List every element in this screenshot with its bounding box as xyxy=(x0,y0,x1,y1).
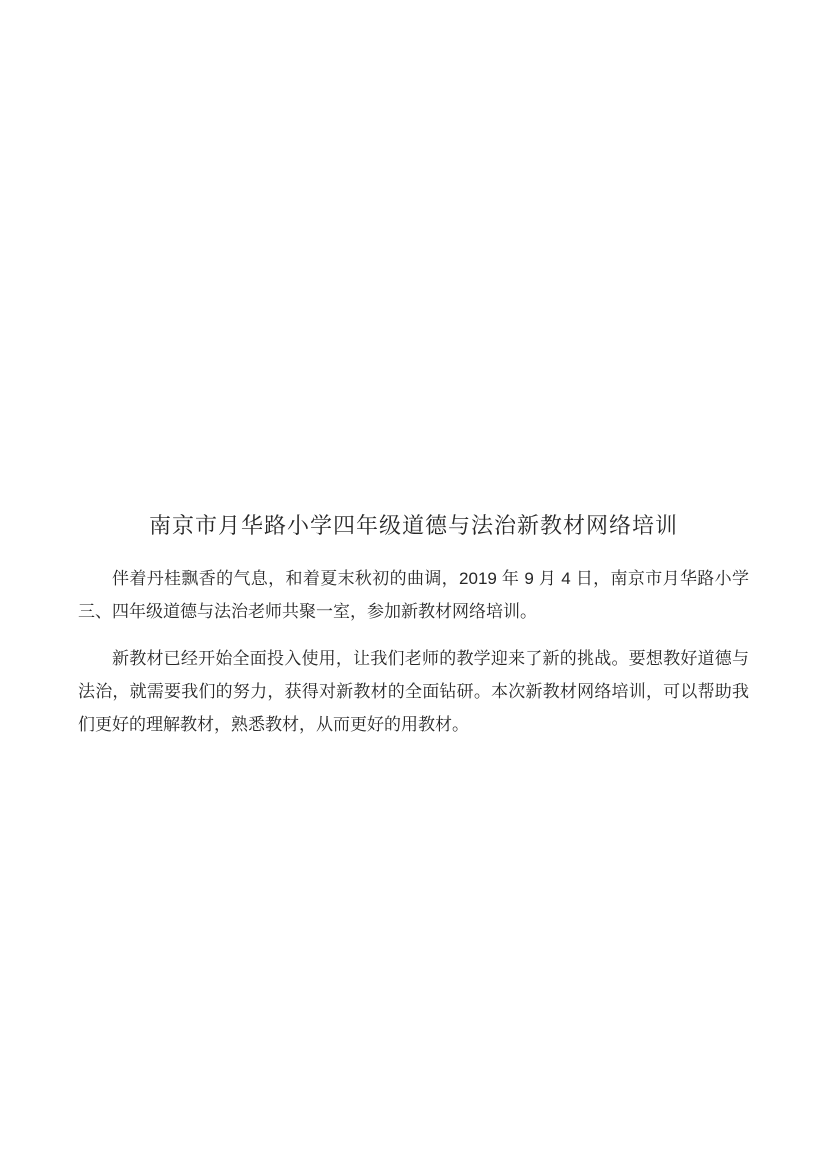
document-page: 南京市月华路小学四年级道德与法治新教材网络培训 伴着丹桂飘香的气息，和着夏末秋初… xyxy=(0,0,827,1170)
document-title: 南京市月华路小学四年级道德与法治新教材网络培训 xyxy=(78,510,749,541)
paragraph-intro: 伴着丹桂飘香的气息，和着夏末秋初的曲调，2019 年 9 月 4 日，南京市月华… xyxy=(78,562,749,628)
paragraph-body: 新教材已经开始全面投入使用，让我们老师的教学迎来了新的挑战。要想教好道德与法治，… xyxy=(78,642,749,741)
